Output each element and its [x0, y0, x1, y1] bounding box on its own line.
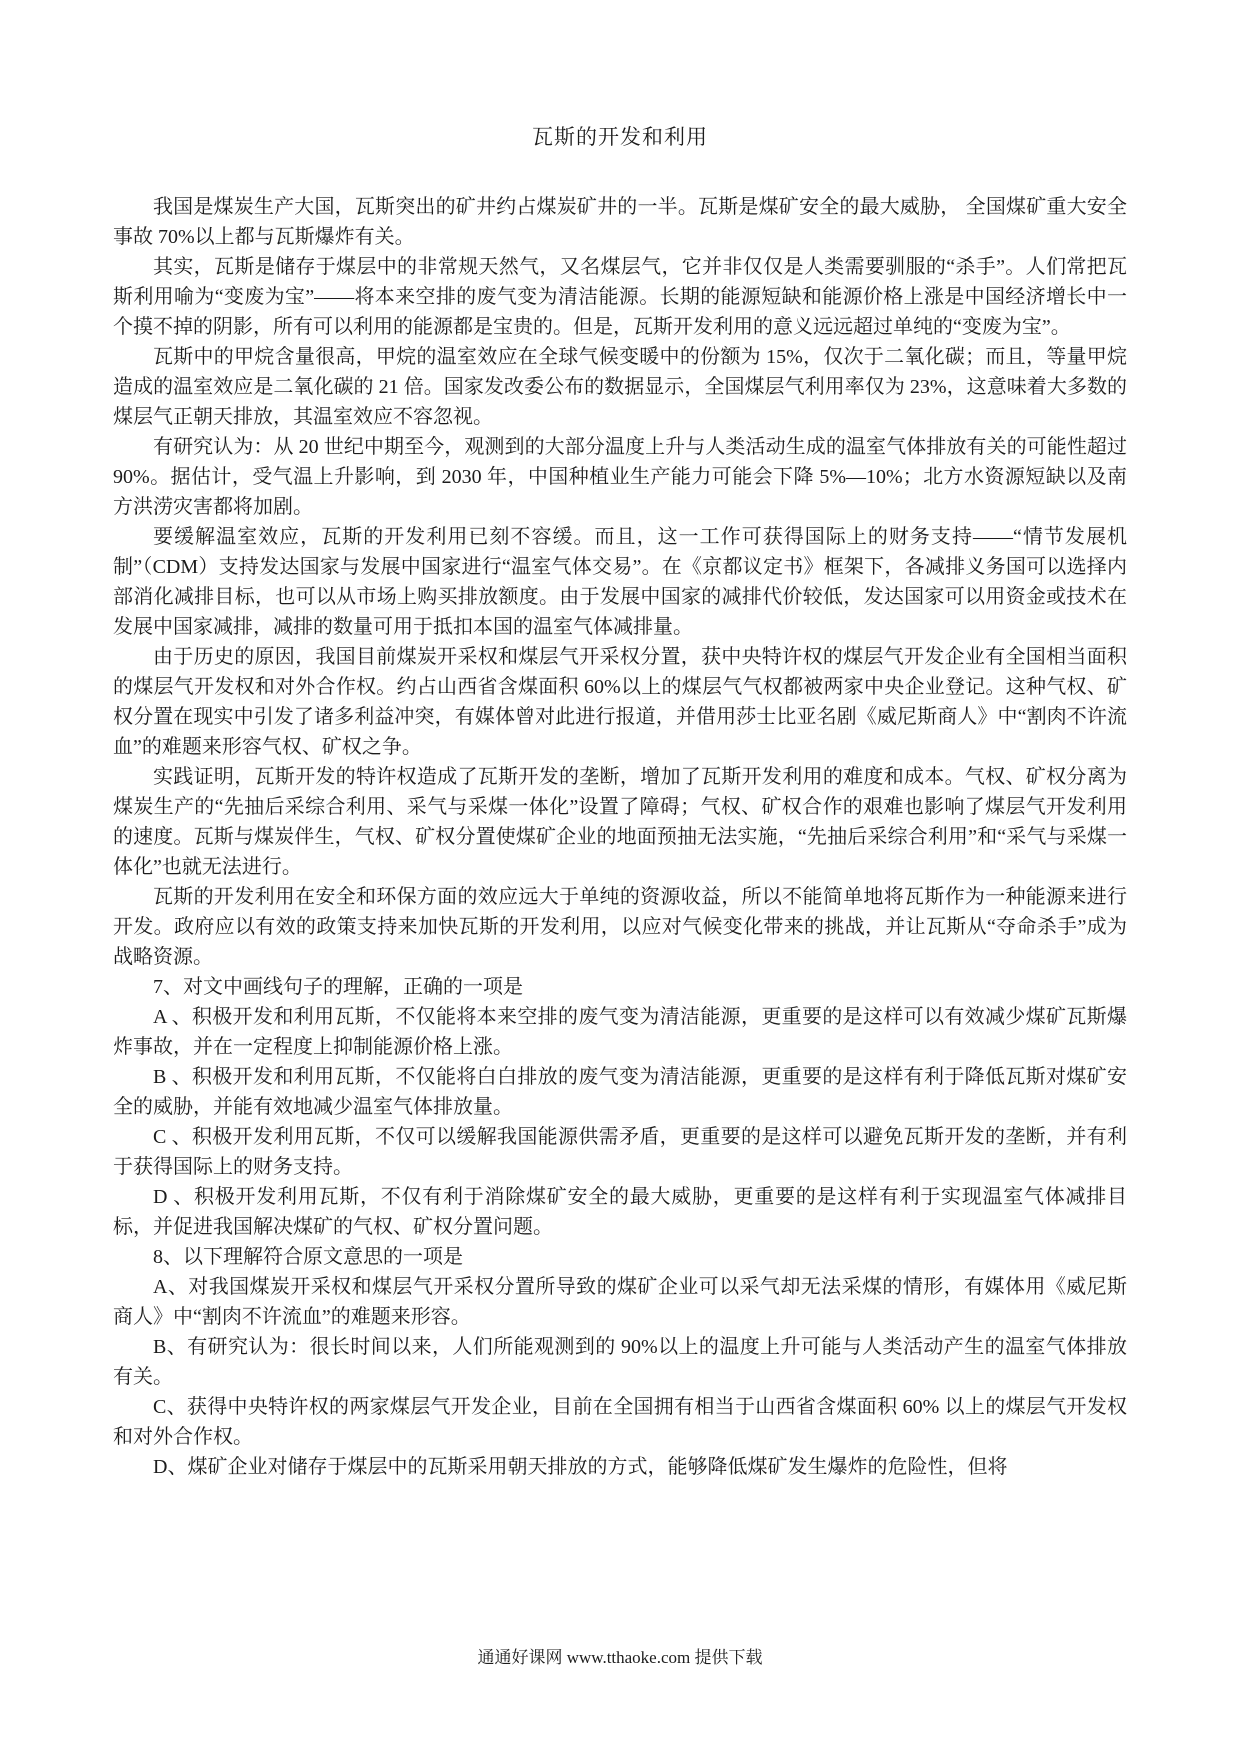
- question-8-prompt: 8、以下理解符合原文意思的一项是: [113, 1242, 1127, 1272]
- body-paragraph-5: 要缓解温室效应，瓦斯的开发利用已刻不容缓。而且，这一工作可获得国际上的财务支持—…: [113, 522, 1127, 642]
- body-paragraph-1: 我国是煤炭生产大国，瓦斯突出的矿井约占煤炭矿井的一半。瓦斯是煤矿安全的最大威胁，…: [113, 192, 1127, 252]
- question-8-option-c: C、获得中央特许权的两家煤层气开发企业，目前在全国拥有相当于山西省含煤面积 60…: [113, 1392, 1127, 1452]
- question-8: 8、以下理解符合原文意思的一项是 A、对我国煤炭开采权和煤层气开采权分置所导致的…: [113, 1242, 1127, 1482]
- body-paragraph-7: 实践证明，瓦斯开发的特许权造成了瓦斯开发的垄断，增加了瓦斯开发利用的难度和成本。…: [113, 762, 1127, 882]
- body-paragraph-4: 有研究认为：从 20 世纪中期至今，观测到的大部分温度上升与人类活动生成的温室气…: [113, 432, 1127, 522]
- body-paragraph-2: 其实，瓦斯是储存于煤层中的非常规天然气，又名煤层气，它并非仅仅是人类需要驯服的“…: [113, 252, 1127, 342]
- question-7-option-b: B 、积极开发和利用瓦斯，不仅能将白白排放的废气变为清洁能源，更重要的是这样有利…: [113, 1062, 1127, 1122]
- question-7-option-c: C 、积极开发利用瓦斯，不仅可以缓解我国能源供需矛盾，更重要的是这样可以避免瓦斯…: [113, 1122, 1127, 1182]
- question-8-option-b: B、有研究认为：很长时间以来，人们所能观测到的 90%以上的温度上升可能与人类活…: [113, 1332, 1127, 1392]
- question-7-option-d: D 、积极开发利用瓦斯，不仅有利于消除煤矿安全的最大威胁，更重要的是这样有利于实…: [113, 1182, 1127, 1242]
- body-paragraph-6: 由于历史的原因，我国目前煤炭开采权和煤层气开采权分置，获中央特许权的煤层气开发企…: [113, 642, 1127, 762]
- question-7-option-a: A 、积极开发和利用瓦斯，不仅能将本来空排的废气变为清洁能源，更重要的是这样可以…: [113, 1002, 1127, 1062]
- body-paragraph-3: 瓦斯中的甲烷含量很高，甲烷的温室效应在全球气候变暖中的份额为 15%，仅次于二氧…: [113, 342, 1127, 432]
- body-paragraph-8: 瓦斯的开发利用在安全和环保方面的效应远大于单纯的资源收益，所以不能简单地将瓦斯作…: [113, 882, 1127, 972]
- page-footer: 通通好课网 www.tthaoke.com 提供下载: [0, 1645, 1240, 1671]
- question-8-option-a: A、对我国煤炭开采权和煤层气开采权分置所导致的煤矿企业可以采气却无法采煤的情形，…: [113, 1272, 1127, 1332]
- document-page: 瓦斯的开发和利用 我国是煤炭生产大国，瓦斯突出的矿井约占煤炭矿井的一半。瓦斯是煤…: [0, 0, 1240, 1754]
- document-title: 瓦斯的开发和利用: [0, 0, 1240, 152]
- question-7-prompt: 7、对文中画线句子的理解，正确的一项是: [113, 972, 1127, 1002]
- question-8-option-d: D、煤矿企业对储存于煤层中的瓦斯采用朝天排放的方式，能够降低煤矿发生爆炸的危险性…: [113, 1452, 1127, 1482]
- document-body: 我国是煤炭生产大国，瓦斯突出的矿井约占煤炭矿井的一半。瓦斯是煤矿安全的最大威胁，…: [113, 192, 1127, 1482]
- question-7: 7、对文中画线句子的理解，正确的一项是 A 、积极开发和利用瓦斯，不仅能将本来空…: [113, 972, 1127, 1242]
